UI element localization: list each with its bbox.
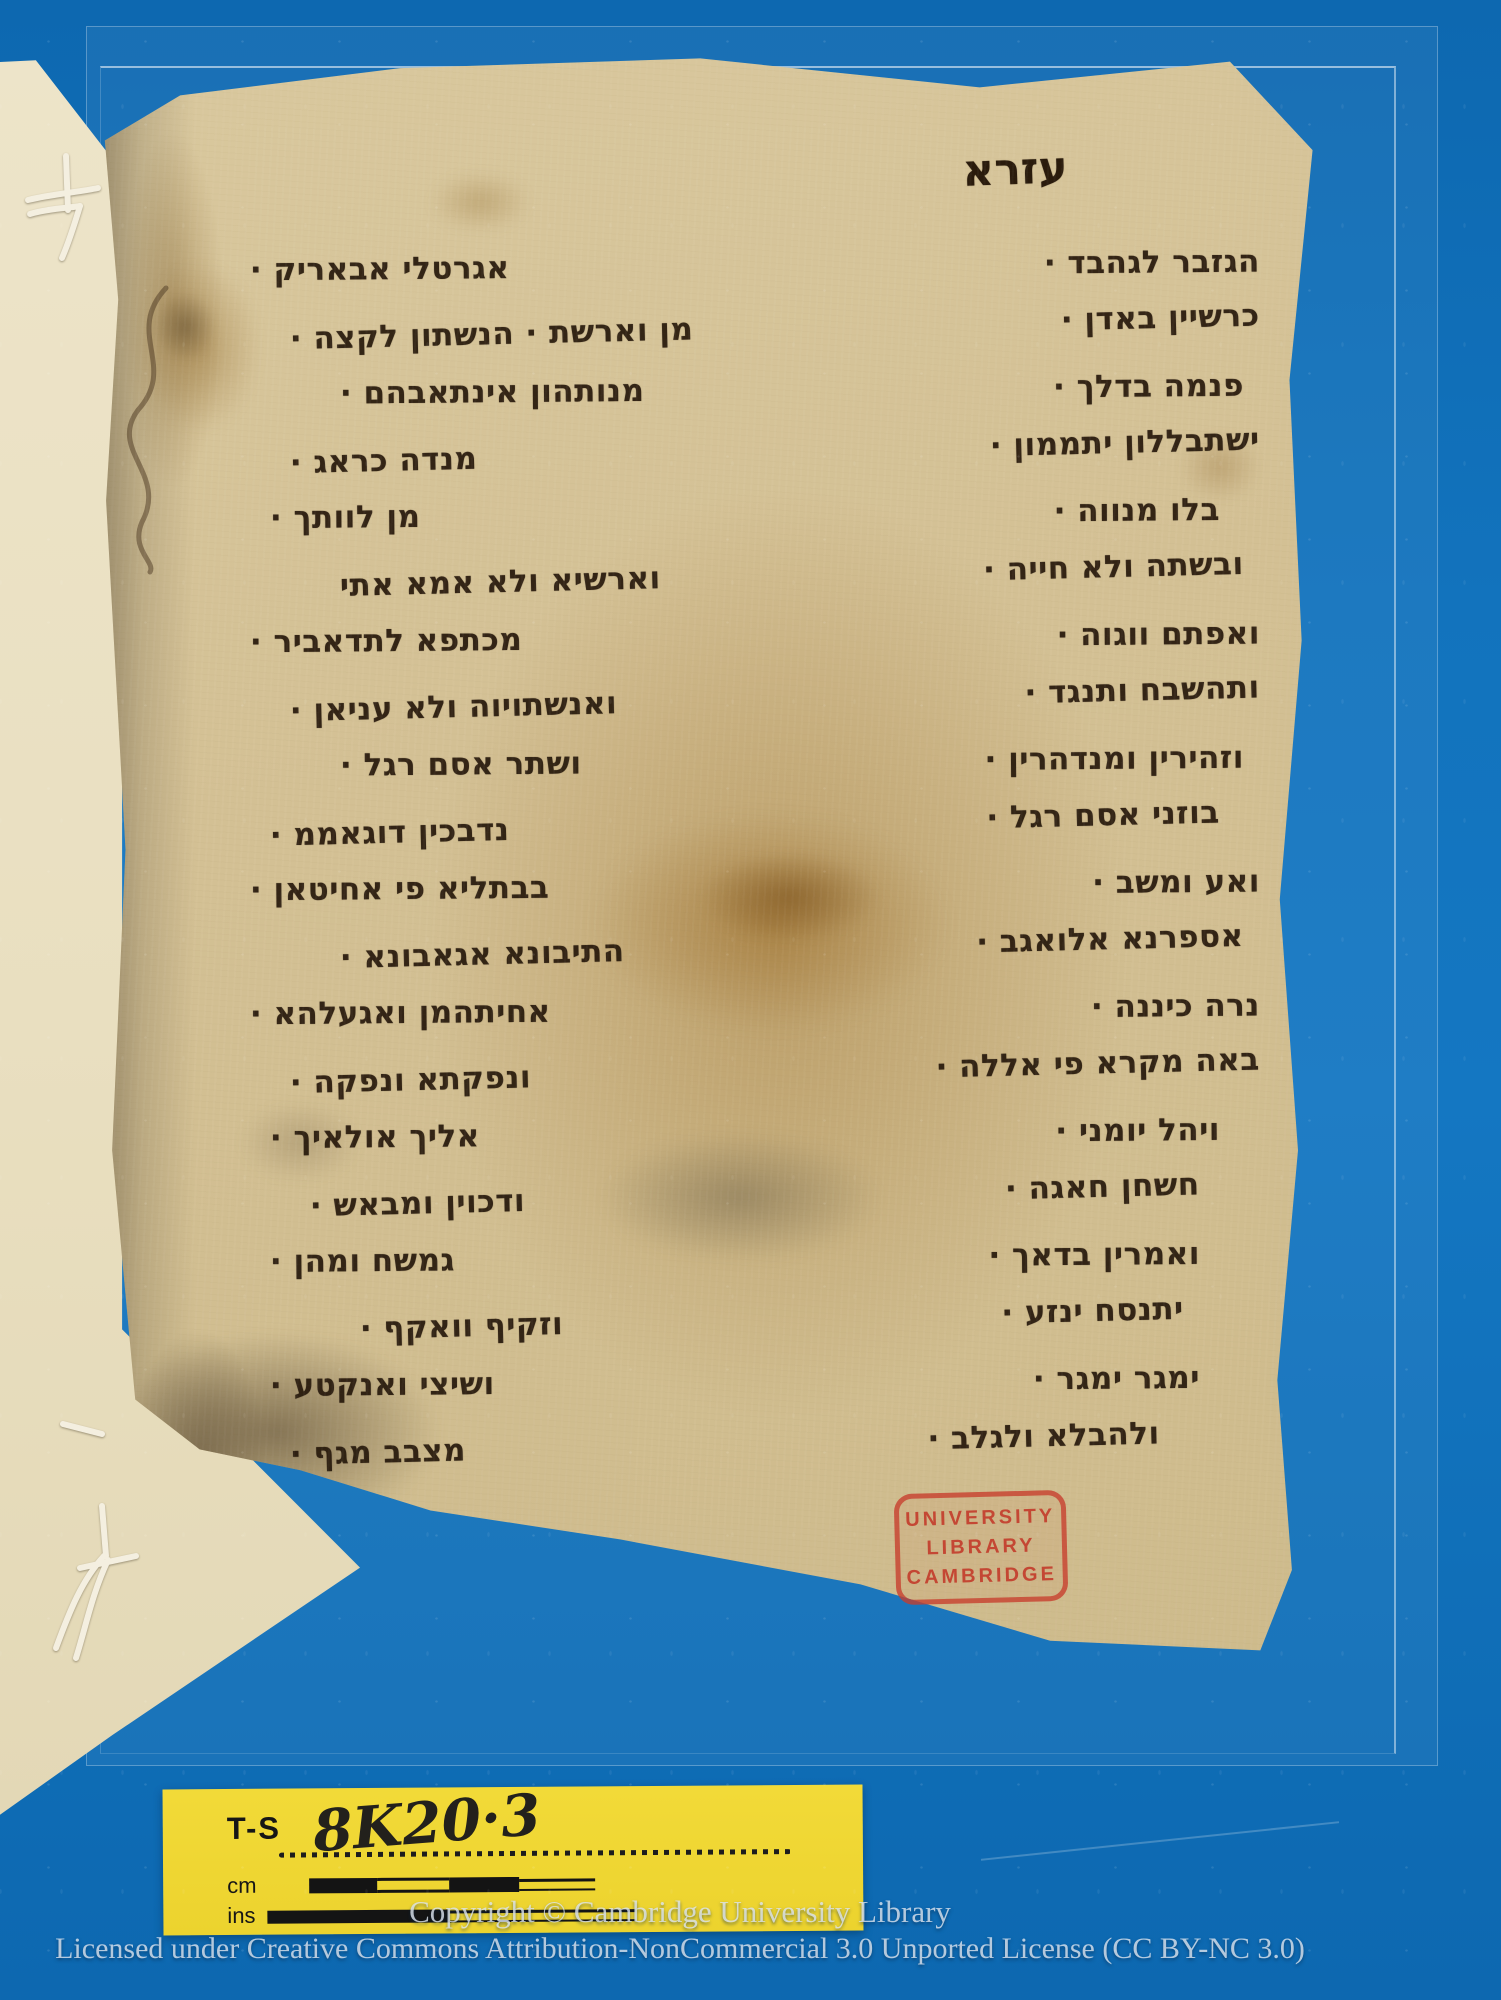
manuscript-line: בוזני אסם רגל ·נדבכין דוגאממ · [229,793,1270,874]
lemma-text: וזהירין ומנדהרין · [984,740,1244,778]
lemma-text: ימגר ימגר · [1033,1360,1200,1397]
manuscript-line: באה מקרא פי אללה ·ונפקתא ונפקה · [229,1041,1270,1122]
ruler-segment [449,1877,519,1892]
library-stamp: UNIVERSITY LIBRARY CAMBRIDGE [894,1490,1069,1605]
gloss-text: אחיתהמן ואגעלהא · [250,994,551,1033]
cm-ruler [309,1876,595,1893]
lemma-text: פנמה בדלך · [1053,368,1244,406]
lemma-text: בלו מנווה · [1054,492,1221,529]
ruler-segment [519,1878,595,1891]
manuscript-line: נרה כיננה ·אחיתהמן ואגעלהא · [230,987,1270,1052]
license-line: Licensed under Creative Commons Attribut… [0,1932,1360,1966]
binding-thread [40,1498,162,1668]
gloss-text: ונפקתא ונפקה · [289,1059,531,1101]
gloss-text: גמשח ומהן · [270,1242,455,1280]
lemma-text: כרשיין באדן · [1060,298,1260,339]
gloss-text: נדבכין דוגאממ · [269,812,509,854]
gloss-text: וזקיף וואקף · [359,1306,563,1347]
gloss-text: ודכוין ומבאש · [309,1183,525,1224]
lemma-text: ותהשבח ותנגד · [1024,670,1260,712]
gloss-text: ושיצי ואנקטע · [270,1366,495,1404]
lemma-text: ולהבלא ולגלב · [927,1416,1160,1458]
lemma-text: יתנסח ינזע · [1001,1291,1184,1331]
lemma-text: באה מקרא פי אללה · [935,1042,1260,1086]
stamp-line: CAMBRIDGE [904,1560,1059,1593]
gloss-text: ואנשתויוה ולא עניאן · [289,685,617,729]
lemma-text: ואע ומשב · [1092,864,1260,901]
gloss-text: התיבונא אגאבונא · [339,933,625,976]
scratch-mark [981,1821,1339,1861]
lemma-text: ובשתה ולא חייה · [983,546,1244,588]
manuscript-line: וזהירין ומנדהרין ·ושתר אסם רגל · [230,739,1270,804]
manuscript-line: אספרנא אלואגב ·התיבונא אגאבונא · [229,917,1270,998]
lemma-text: ויהל יומני · [1055,1112,1220,1149]
ruler-segment [377,1877,449,1893]
gloss-text: אליך אולאיך · [270,1118,480,1156]
gloss-text: וארשיא ולא אמא אתי [339,560,661,604]
binding-thread [22,148,104,268]
manuscript-line: כרשיין באדן ·מן וארשת · הנשתון לקצה · [229,297,1270,378]
lemma-text: הגזבר לגהבד · [1044,244,1260,282]
binding-thread [58,1418,108,1444]
gloss-text: מצבב מגף · [289,1432,466,1472]
gloss-text: מן וארשת · הנשתון לקצה · [289,311,693,357]
lemma-text: חשחן חאגה · [1005,1167,1200,1208]
manuscript-line: ולהבלא ולגלב ·מצבב מגף · [249,1414,1210,1493]
manuscript-line: ויהל יומני ·אליך אולאיך · [230,1111,1270,1176]
manuscript-line: ותהשבח ותנגד ·ואנשתויוה ולא עניאן · [229,669,1270,750]
shelfmark-prefix: T-S [227,1811,281,1847]
lemma-text: נרה כיננה · [1091,988,1260,1025]
gloss-text: מן לוותך · [270,499,421,536]
manuscript-fragment: עזרא הגזבר לגהבד ·אגרטלי אבאריק · כרשיין… [100,52,1315,1660]
lemma-text: ואפתם ווגוה · [1056,616,1260,654]
lemma-text: בוזני אסם רגל · [986,795,1220,837]
copyright-line: Copyright © Cambridge University Library [0,1894,1360,1930]
manuscript-line: ואמרין בדאך ·גמשח ומהן · [250,1236,1210,1300]
manuscript-line: ישתבללון יתממון ·מנדה כראג · [229,421,1270,502]
stamp-line: LIBRARY [904,1531,1059,1564]
gloss-text: אגרטלי אבאריק · [250,250,510,288]
stamp-line: UNIVERSITY [903,1502,1058,1535]
manuscript-line: חשחן חאגה ·ודכוין ומבאש · [249,1166,1210,1245]
manuscript-line: בלו מנווה ·מן לוותך · [230,491,1270,556]
ruler-segment [309,1878,377,1893]
gloss-text: מנותהון אינתאבהם · [340,373,645,412]
manuscript-line: ואע ומשב ·בבתליא פי אחיטאן · [230,863,1270,928]
manuscript-text-block: הגזבר לגהבד ·אגרטלי אבאריק · כרשיין באדן… [100,52,1315,1660]
gloss-text: מכתפא לתדאביר · [250,622,523,660]
photo-background: עזרא הגזבר לגהבד ·אגרטלי אבאריק · כרשיין… [0,0,1501,2000]
lemma-text: ואמרין בדאך · [988,1236,1200,1274]
gloss-text: ושתר אסם רגל · [340,745,582,783]
manuscript-line: ובשתה ולא חייה ·וארשיא ולא אמא אתי [229,545,1270,626]
lemma-text: אספרנא אלואגב · [976,918,1244,961]
lemma-text: ישתבללון יתממון · [989,422,1260,465]
manuscript-line: הגזבר לגהבד ·אגרטלי אבאריק · [230,243,1270,308]
manuscript-line: פנמה בדלך ·מנותהון אינתאבהם · [230,367,1270,432]
gloss-text: מנדה כראג · [289,441,477,482]
gloss-text: בבתליא פי אחיטאן · [250,870,550,909]
manuscript-line: ואפתם ווגוה ·מכתפא לתדאביר · [230,615,1270,680]
manuscript-line: ימגר ימגר ·ושיצי ואנקטע · [250,1360,1210,1424]
manuscript-line: יתנסח ינזע ·וזקיף וואקף · [249,1290,1210,1369]
